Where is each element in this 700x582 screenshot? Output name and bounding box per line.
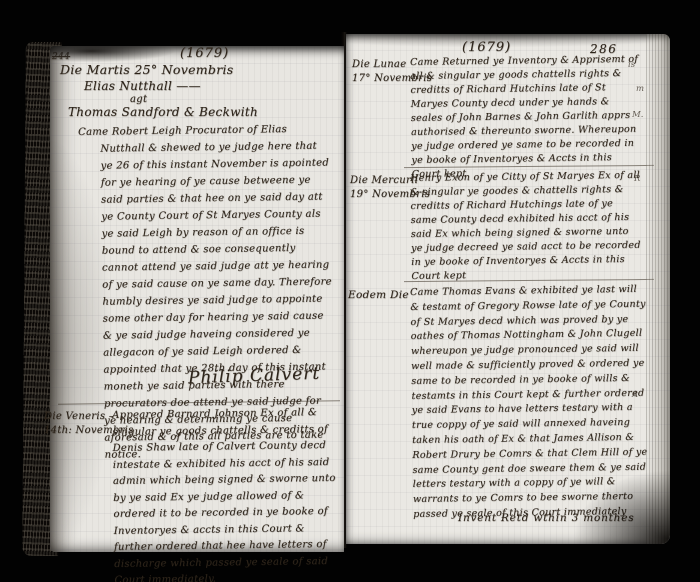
party-defendant: Thomas Sandford & Beckwith: [68, 106, 258, 119]
heading-date: Die Martis 25° Novembris: [60, 62, 234, 77]
year-label-left: (1679): [180, 46, 229, 61]
marginalia-mark: R: [634, 174, 640, 184]
left-page: 244 (1679) Die Martis 25° Novembris Elia…: [50, 46, 344, 552]
right-entry3-footer: Invent Retd wthin 3 monthes: [458, 512, 634, 524]
parties-block: Elias Nutthall —— agt Thomas Sandford & …: [84, 80, 258, 119]
right-page: (1679) 286 Die Lunae 17° Novembris Came …: [346, 34, 670, 544]
left-entry2-body: Appeared Barnard Johnson Ex of all & sin…: [112, 405, 343, 582]
marginalia-mark: M.: [632, 110, 643, 120]
right-entry2-body: Henry Exon of ye Citty of St Maryes Ex o…: [410, 169, 644, 284]
right-entry1-body: Came Returned ye Inventory & Apprisemt o…: [410, 53, 644, 182]
right-entry3-margin-date: Eodem Die: [348, 288, 409, 302]
folio-note: 244: [52, 52, 70, 62]
page-fore-edge: [646, 34, 670, 544]
marginalia-mark: A: [632, 390, 638, 400]
year-label-right: (1679): [462, 40, 511, 55]
party-plaintiff: Elias Nutthall ——: [84, 80, 258, 93]
marginalia-mark: m: [636, 84, 644, 94]
right-entry3-body: Came Thomas Evans & exhibited ye last wi…: [410, 283, 649, 523]
marginalia-mark: is: [628, 60, 635, 70]
manuscript-photo: 244 (1679) Die Martis 25° Novembris Elia…: [0, 0, 700, 582]
